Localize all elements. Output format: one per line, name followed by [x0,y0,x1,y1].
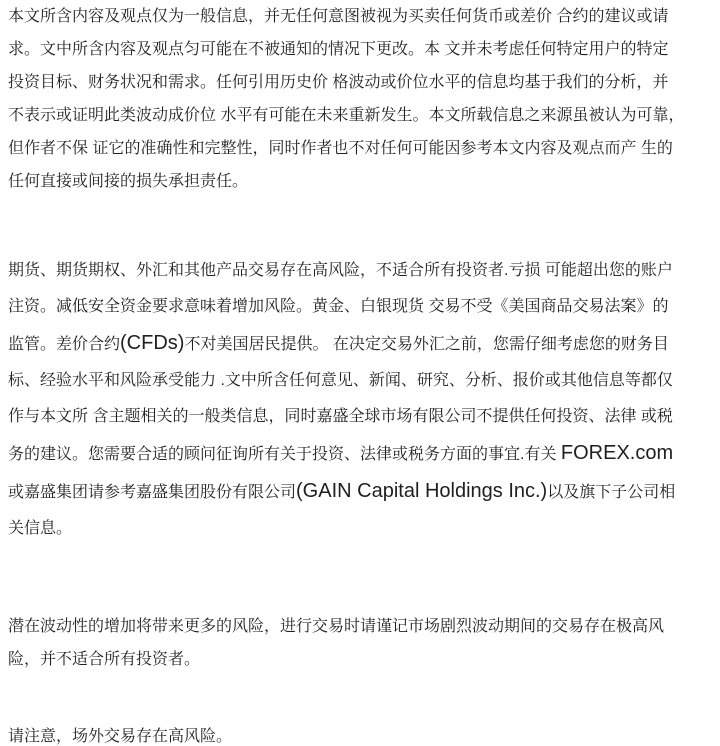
disclaimer-document: 本文所含内容及观点仅为一般信息，并无任何意图被视为买卖任何货币或差价 合约的建议… [0,0,720,746]
paragraph-otc-risk-notice: 请注意，场外交易存在高风险。 [8,720,704,746]
latin-text-segment: (GAIN Capital Holdings Inc.) [296,480,547,502]
paragraph-general-information-disclaimer: 本文所含内容及观点仅为一般信息，并无任何意图被视为买卖任何货币或差价 合约的建议… [8,0,704,198]
latin-text-segment: (CFDs) [120,332,184,354]
paragraph-volatility-warning: 潜在波动性的增加将带来更多的风险，进行交易时请谨记市场剧烈波动期间的交易存在极高… [8,610,704,676]
cjk-text-segment: 潜在波动性的增加将带来更多的风险，进行交易时请谨记市场剧烈波动期间的交易存在极高… [8,618,664,668]
cjk-text-segment: 请注意，场外交易存在高风险。 [8,728,232,745]
cjk-text-segment: 本文所含内容及观点仅为一般信息，并无任何意图被视为买卖任何货币或差价 合约的建议… [8,8,684,190]
latin-text-segment: FOREX.com [561,442,673,464]
paragraph-risk-disclosure: 期货、期货期权、外汇和其他产品交易存在高风险，不适合所有投资者.亏损 可能超出您… [8,253,704,547]
cjk-text-segment: 或嘉盛集团请参考嘉盛集团股份有限公司 [8,484,296,501]
